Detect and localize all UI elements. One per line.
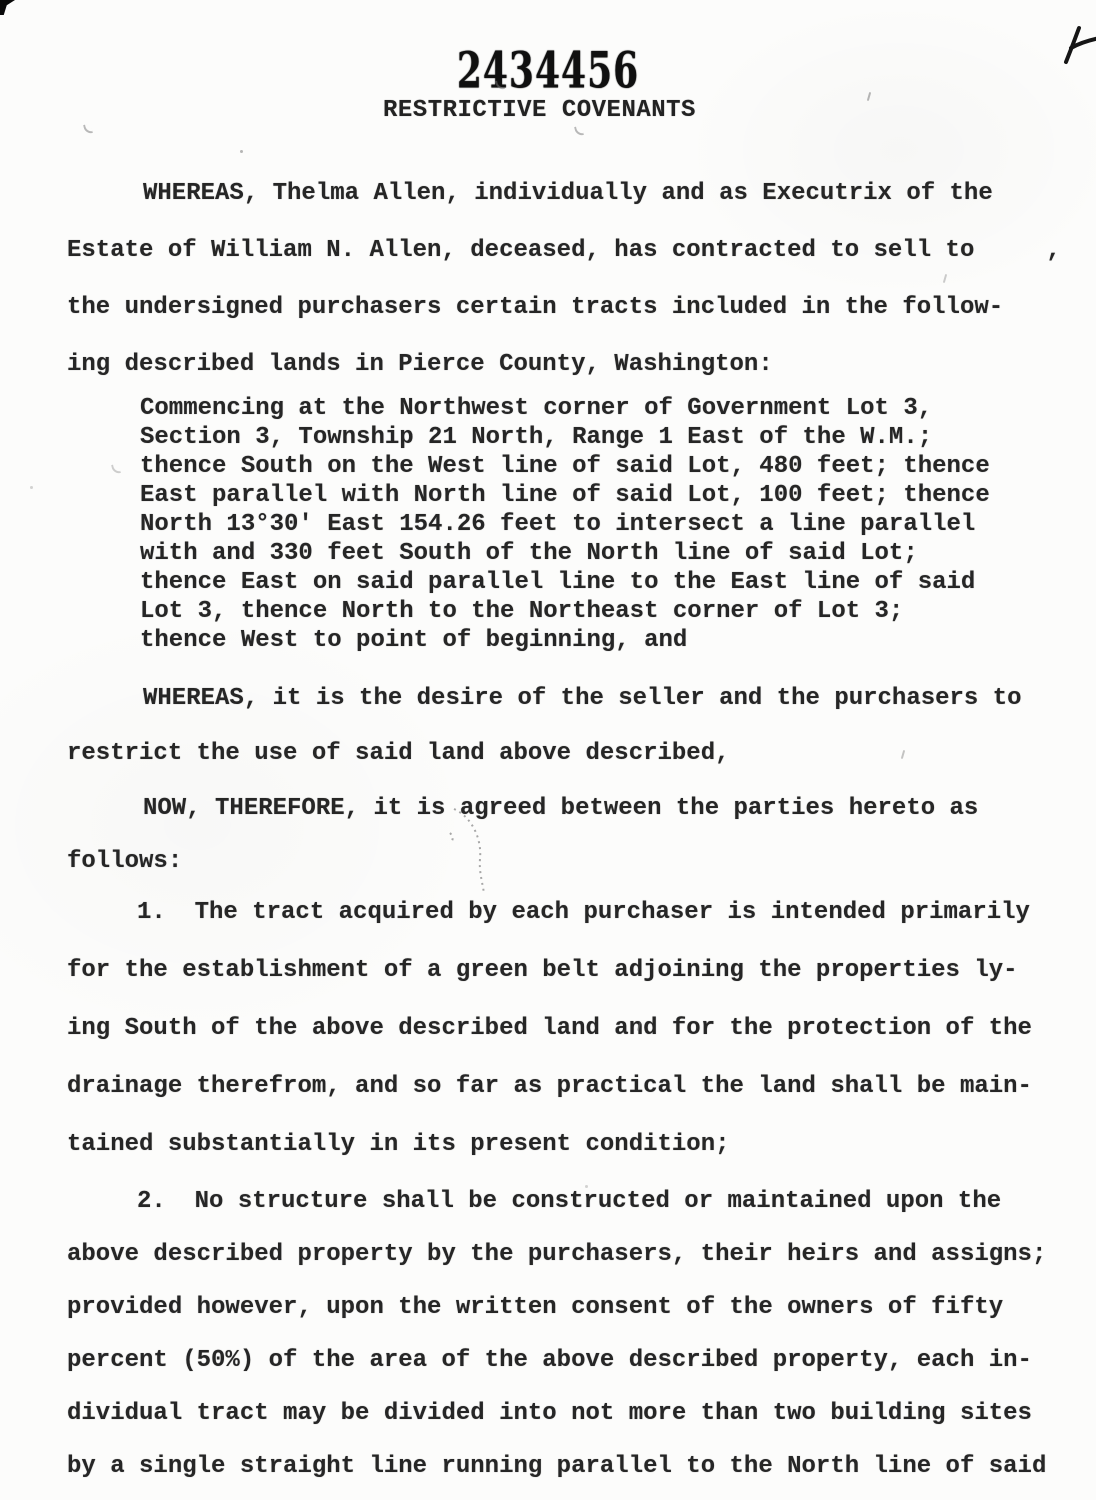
text-line: with and 330 feet South of the North lin…	[140, 539, 990, 568]
text-line: percent (50%) of the area of the above d…	[67, 1334, 1046, 1387]
whereas-desire-paragraph: WHEREAS, it is the desire of the seller …	[67, 671, 1022, 781]
text-line: North 13°30' East 154.26 feet to interse…	[140, 510, 990, 539]
scan-speck	[83, 123, 93, 134]
now-therefore-paragraph: NOW, THEREFORE, it is agreed between the…	[67, 782, 978, 888]
scanned-document-page: 2434456 RESTRICTIVE COVENANTS WHEREAS, T…	[0, 0, 1096, 1500]
covenant-clause-1: 1. The tract acquired by each purchaser …	[67, 884, 1032, 1174]
text-line: East parallel with North line of said Lo…	[140, 481, 990, 510]
scan-speck	[240, 150, 243, 153]
text-line: tained substantially in its present cond…	[67, 1116, 1032, 1174]
scan-speck	[585, 1185, 588, 1188]
text-line: WHEREAS, Thelma Allen, individually and …	[67, 165, 1061, 222]
text-line: for the establishment of a green belt ad…	[67, 942, 1032, 1000]
scan-speck	[574, 125, 584, 136]
text-line: thence South on the West line of said Lo…	[140, 452, 990, 481]
text-line: 1. The tract acquired by each purchaser …	[67, 884, 1032, 942]
text-line: Commencing at the Northwest corner of Go…	[140, 394, 990, 423]
text-line: Estate of William N. Allen, deceased, ha…	[67, 222, 1061, 279]
text-line: ing South of the above described land an…	[67, 1000, 1032, 1058]
text-line: follows:	[67, 835, 978, 888]
text-line: drainage therefrom, and so far as practi…	[67, 1058, 1032, 1116]
text-line: the undersigned purchasers certain tract…	[67, 279, 1061, 336]
text-line: thence West to point of beginning, and	[140, 626, 990, 655]
text-line: NOW, THEREFORE, it is agreed between the…	[67, 782, 978, 835]
recording-number-stamp: 2434456	[457, 42, 639, 100]
text-line: dividual tract may be divided into not m…	[67, 1387, 1046, 1440]
text-line: thence East on said parallel line to the…	[140, 568, 990, 597]
text-line: above described property by the purchase…	[67, 1228, 1046, 1281]
text-line: provided however, upon the written conse…	[67, 1281, 1046, 1334]
text-line: restrict the use of said land above desc…	[67, 726, 1022, 781]
text-line: by a single straight line running parall…	[67, 1440, 1046, 1493]
text-line: Lot 3, thence North to the Northeast cor…	[140, 597, 990, 626]
legal-description-block: Commencing at the Northwest corner of Go…	[140, 394, 990, 655]
text-line: ing described lands in Pierce County, Wa…	[67, 336, 1061, 393]
corner-tear-mark	[0, 0, 15, 15]
scan-speck	[30, 486, 33, 489]
scan-speck	[111, 463, 121, 474]
covenant-clause-2: 2. No structure shall be constructed or …	[67, 1175, 1046, 1493]
document-title: RESTRICTIVE COVENANTS	[383, 97, 696, 124]
text-line: WHEREAS, it is the desire of the seller …	[67, 671, 1022, 726]
intro-paragraph: WHEREAS, Thelma Allen, individually and …	[67, 165, 1061, 393]
scan-speck	[867, 92, 871, 101]
handwritten-page-number-mark	[1052, 24, 1096, 66]
text-line: Section 3, Township 21 North, Range 1 Ea…	[140, 423, 990, 452]
ink-smudge	[438, 803, 498, 898]
text-line: 2. No structure shall be constructed or …	[67, 1175, 1046, 1228]
